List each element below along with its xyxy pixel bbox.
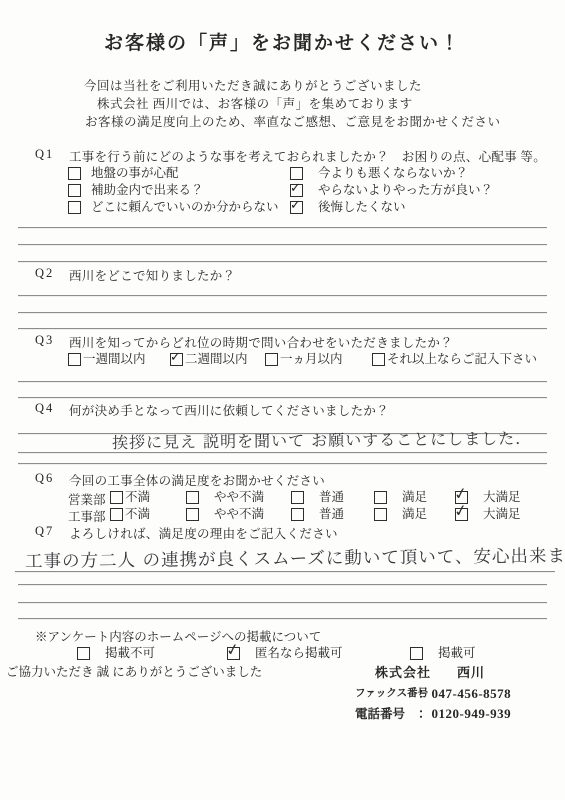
checkbox[interactable] [227, 647, 240, 660]
checkbox-label: 不満 [125, 490, 150, 505]
question-text: 西川を知ってからどれ位の時期で問い合わせをいただきましたか？ [69, 333, 453, 351]
question-q2: Q2 西川をどこで知りましたか？ [35, 266, 235, 284]
q6-sales-fuman: 不満 [110, 490, 150, 505]
ruled-line [18, 261, 547, 262]
checkbox-label: 満足 [402, 507, 427, 522]
checkbox[interactable] [374, 508, 387, 521]
checkbox[interactable] [290, 184, 303, 197]
checkbox[interactable] [186, 491, 199, 504]
checkbox[interactable] [68, 184, 81, 197]
ruled-line [18, 397, 547, 398]
q1-option-yattahou: やらないよりやった方が良い？ [290, 183, 493, 198]
q6-sales-futsuu: 普通 [291, 490, 344, 505]
fax-number: ：047-456-8578 [418, 683, 511, 702]
ruled-line [18, 452, 547, 453]
question-text: よろしければ、満足度の理由をご記入ください [69, 524, 338, 542]
checkbox[interactable] [455, 508, 468, 521]
checkbox-label: 不満 [125, 507, 150, 522]
q1-option-hojokin: 補助金内で出来る？ [68, 183, 204, 198]
q3-option-1month: 一ヵ月以内 [265, 352, 343, 367]
handwritten-answer-q7: 工事の方二人 の連携が良くスムーズに動いて頂いて、安心出来ました． [25, 542, 565, 573]
handwritten-answer-q4: 挨拶に見え 説明を聞いて お願いすることにしました． [112, 426, 532, 453]
checkbox[interactable] [291, 491, 304, 504]
page-title: お客様の「声」をお聞かせください！ [0, 28, 565, 55]
ruled-line [18, 227, 547, 228]
q3-option-1week: 一週間以内 [68, 352, 146, 367]
checkbox[interactable] [110, 491, 123, 504]
ruled-line [18, 328, 547, 329]
q6-sales-yayafuman: やや不満 [186, 490, 264, 505]
ruled-line [18, 602, 547, 603]
checkbox-label: 大満足 [483, 507, 521, 522]
q3-option-2weeks: 二週間以内 [170, 352, 248, 367]
checkbox-label: それ以上ならご記入下さい [387, 352, 537, 367]
checkbox[interactable] [110, 508, 123, 521]
question-q1: Q1 工事を行う前にどのような事を考えておられましたか？ お困りの点、心配事 等… [35, 147, 546, 165]
checkbox-label: やや不満 [214, 490, 264, 505]
company-name: 株式会社 西川 [375, 662, 485, 681]
question-text: 工事を行う前にどのような事を考えておられましたか？ お困りの点、心配事 等。 [69, 147, 546, 165]
tel-number: ：0120-949-939 [418, 703, 511, 722]
question-q6: Q6 今回の工事全体の満足度をお聞かせください [35, 471, 325, 489]
question-number: Q2 [35, 266, 69, 284]
q6-const-daimanzoku: 大満足 [455, 507, 521, 522]
checkbox-label: 二週間以内 [185, 352, 248, 367]
ruled-line [18, 295, 547, 296]
checkbox-label: どこに頼んでいいのか分からない [91, 200, 279, 215]
question-number: Q1 [35, 147, 69, 165]
checkbox[interactable] [290, 167, 303, 180]
checkbox[interactable] [186, 508, 199, 521]
q1-option-koukai: 後悔したくない [290, 200, 406, 215]
checkbox-label: 地盤の事が心配 [91, 166, 179, 181]
question-q3: Q3 西川を知ってからどれ位の時期で問い合わせをいただきましたか？ [35, 333, 453, 351]
ruled-line [18, 463, 547, 464]
question-q4: Q4 何が決め手となって西川に依頼してくださいましたか？ [35, 401, 389, 419]
checkbox-label: やらないよりやった方が良い？ [318, 183, 493, 198]
intro-line: 今回は当社をご利用いただき誠にありがとうございました [84, 76, 422, 94]
tel-label: 電話番号 [355, 704, 405, 722]
checkbox[interactable] [291, 508, 304, 521]
checkbox-label: 掲載可 [438, 646, 476, 661]
checkbox-label: 後悔したくない [318, 200, 406, 215]
checkbox-label: 匿名なら掲載可 [255, 646, 343, 661]
dept-label-sales: 営業部 [68, 490, 106, 508]
checkbox-label: 一ヵ月以内 [280, 352, 343, 367]
checkbox[interactable] [290, 201, 303, 214]
ruled-line [15, 571, 555, 572]
checkbox-label: 一週間以内 [83, 352, 146, 367]
checkbox[interactable] [170, 353, 183, 366]
ruled-line [18, 381, 547, 382]
company-name-label: 株式会社 [375, 662, 431, 681]
intro-line: お客様の満足度向上のため、率直なご感想、ご意見をお聞かせください [85, 112, 501, 130]
publish-option-no: 掲載不可 [77, 646, 155, 661]
publish-note: ※アンケート内容のホームページへの掲載について [35, 627, 321, 645]
ruled-line [18, 618, 547, 619]
checkbox[interactable] [68, 353, 81, 366]
publish-option-yes: 掲載可 [410, 646, 476, 661]
question-number: Q6 [35, 471, 69, 489]
checkbox-label: 普通 [319, 507, 344, 522]
intro-line: 株式会社 西川では、お客様の「声」を集めております [97, 94, 413, 112]
checkbox[interactable] [372, 353, 385, 366]
checkbox-label: 今よりも悪くならないか？ [318, 166, 468, 181]
question-q7: Q7 よろしければ、満足度の理由をご記入ください [35, 524, 338, 542]
checkbox-label: 補助金内で出来る？ [91, 183, 204, 198]
q1-option-jiban: 地盤の事が心配 [68, 166, 179, 181]
checkbox[interactable] [410, 647, 423, 660]
ruled-line [18, 584, 547, 585]
checkbox-label: 大満足 [483, 490, 521, 505]
q1-option-tanomu: どこに頼んでいいのか分からない [68, 200, 279, 215]
checkbox[interactable] [68, 201, 81, 214]
checkbox-label: 普通 [319, 490, 344, 505]
checkbox[interactable] [77, 647, 90, 660]
question-text: 西川をどこで知りましたか？ [69, 266, 235, 284]
checkbox[interactable] [265, 353, 278, 366]
ruled-line [18, 312, 547, 313]
question-number: Q3 [35, 333, 69, 351]
question-number: Q7 [35, 524, 69, 542]
checkbox-label: 満足 [402, 490, 427, 505]
publish-option-anonymous: 匿名なら掲載可 [227, 646, 343, 661]
q6-const-manzoku: 満足 [374, 507, 427, 522]
checkbox-label: 掲載不可 [105, 646, 155, 661]
q6-sales-manzoku: 満足 [374, 490, 427, 505]
dept-label-construction: 工事部 [68, 507, 106, 525]
q6-const-futsuu: 普通 [291, 507, 344, 522]
company-name-value: 西川 [457, 662, 485, 681]
question-text: 今回の工事全体の満足度をお聞かせください [69, 471, 325, 489]
thanks-text: ご協力いただき 誠 にありがとうございました [6, 662, 262, 680]
checkbox-label: やや不満 [214, 507, 264, 522]
q1-option-waruku: 今よりも悪くならないか？ [290, 166, 468, 181]
q6-const-yayafuman: やや不満 [186, 507, 264, 522]
q3-option-more: それ以上ならご記入下さい [372, 352, 537, 367]
checkbox[interactable] [374, 491, 387, 504]
ruled-line [18, 244, 547, 245]
question-text: 何が決め手となって西川に依頼してくださいましたか？ [69, 401, 389, 419]
question-number: Q4 [35, 401, 69, 419]
questionnaire-page: お客様の「声」をお聞かせください！ 今回は当社をご利用いただき誠にありがとうござ… [0, 0, 565, 800]
checkbox[interactable] [68, 167, 81, 180]
q6-const-fuman: 不満 [110, 507, 150, 522]
